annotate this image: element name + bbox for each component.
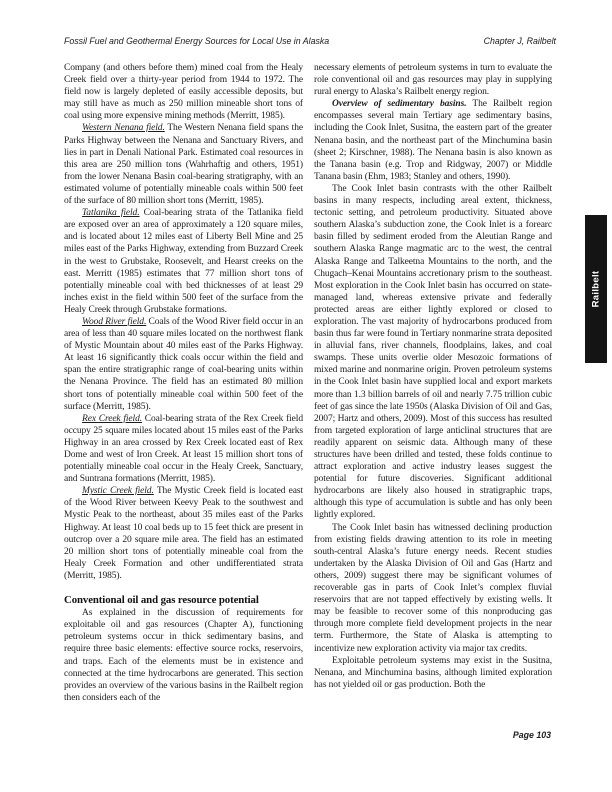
running-header: Fossil Fuel and Geothermal Energy Source… <box>64 36 556 46</box>
paragraph-exploitable-systems: Exploitable petroleum systems may exist … <box>314 655 552 691</box>
paragraph-wood-river-field: Wood River field. Coals of the Wood Rive… <box>64 316 303 413</box>
header-document-title: Fossil Fuel and Geothermal Energy Source… <box>64 36 329 46</box>
paragraph-cook-inlet-contrasts: The Cook Inlet basin contrasts with the … <box>314 183 552 522</box>
field-heading-rex-creek: Rex Creek field. <box>82 414 142 424</box>
paragraph-petroleum-systems-continuation: necessary elements of petroleum systems … <box>314 62 552 98</box>
header-chapter-label: Chapter J, Railbelt <box>484 36 556 46</box>
section-heading-conventional-oil-gas: Conventional oil and gas resource potent… <box>64 594 303 606</box>
left-text-column: Company (and others before them) mined c… <box>64 62 303 704</box>
paragraph-overview-sedimentary-basins: Overview of sedimentary basins. The Rail… <box>314 98 552 183</box>
chapter-edge-tab: Railbelt <box>585 215 607 363</box>
document-page: Fossil Fuel and Geothermal Energy Source… <box>0 0 612 792</box>
paragraph-rex-creek-field: Rex Creek field. Coal-bearing strata of … <box>64 413 303 486</box>
paragraph-western-nenana-field: Western Nenana field. The Western Nenana… <box>64 122 303 207</box>
field-heading-western-nenana: Western Nenana field. <box>82 123 165 133</box>
paragraph-cook-inlet-declining-production: The Cook Inlet basin has witnessed decli… <box>314 522 552 655</box>
field-heading-wood-river: Wood River field. <box>82 317 146 327</box>
paragraph-healy-creek-continuation: Company (and others before them) mined c… <box>64 62 303 122</box>
chapter-edge-tab-label: Railbelt <box>591 271 602 308</box>
paragraph-tatlanika-field: Tatlanika field. Coal-bearing strata of … <box>64 207 303 316</box>
right-text-column: necessary elements of petroleum systems … <box>314 62 552 691</box>
paragraph-petroleum-systems-intro: As explained in the discussion of requir… <box>64 607 303 704</box>
field-heading-mystic-creek: Mystic Creek field. <box>82 486 154 496</box>
paragraph-mystic-creek-field: Mystic Creek field. The Mystic Creek fie… <box>64 485 303 582</box>
runin-heading-overview-basins: Overview of sedimentary basins. <box>332 99 466 109</box>
page-number: Page 103 <box>513 730 551 740</box>
field-heading-tatlanika: Tatlanika field. <box>82 208 139 218</box>
